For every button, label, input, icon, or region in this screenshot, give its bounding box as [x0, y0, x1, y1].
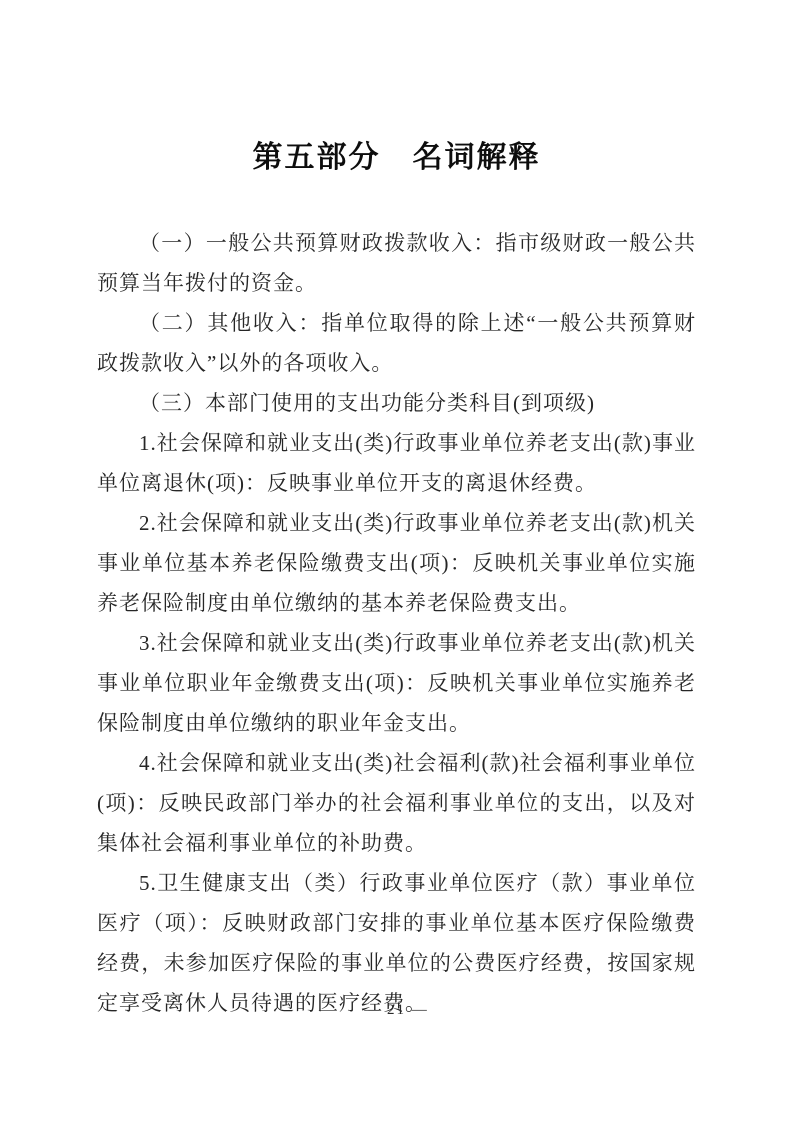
document-page: 第五部分 名词解释 （一）一般公共预算财政拨款收入：指市级财政一般公共预算当年拨… [0, 0, 793, 1123]
page-title: 第五部分 名词解释 [0, 140, 793, 176]
paragraph-item-4: 4.社会保障和就业支出(类)社会福利(款)社会福利事业单位(项)：反映民政部门举… [97, 743, 696, 863]
paragraph-item-1: 1.社会保障和就业支出(类)行政事业单位养老支出(款)事业单位离退休(项)：反映… [97, 423, 696, 503]
paragraph-item-3: 3.社会保障和就业支出(类)行政事业单位养老支出(款)机关事业单位职业年金缴费支… [97, 623, 696, 743]
page-footer: — 21 — [0, 1001, 793, 1019]
paragraph-item-5: 5.卫生健康支出（类）行政事业单位医疗（款）事业单位医疗（项）：反映财政部门安排… [97, 863, 696, 1023]
paragraph-definition-3: （三）本部门使用的支出功能分类科目(到项级) [97, 383, 696, 423]
page-number: — 21 — [364, 1002, 429, 1018]
paragraph-definition-2: （二）其他收入：指单位取得的除上述“一般公共预算财政拨款收入”以外的各项收入。 [97, 303, 696, 383]
paragraph-item-2: 2.社会保障和就业支出(类)行政事业单位养老支出(款)机关事业单位基本养老保险缴… [97, 503, 696, 623]
document-body: （一）一般公共预算财政拨款收入：指市级财政一般公共预算当年拨付的资金。 （二）其… [0, 223, 793, 1023]
paragraph-definition-1: （一）一般公共预算财政拨款收入：指市级财政一般公共预算当年拨付的资金。 [97, 223, 696, 303]
